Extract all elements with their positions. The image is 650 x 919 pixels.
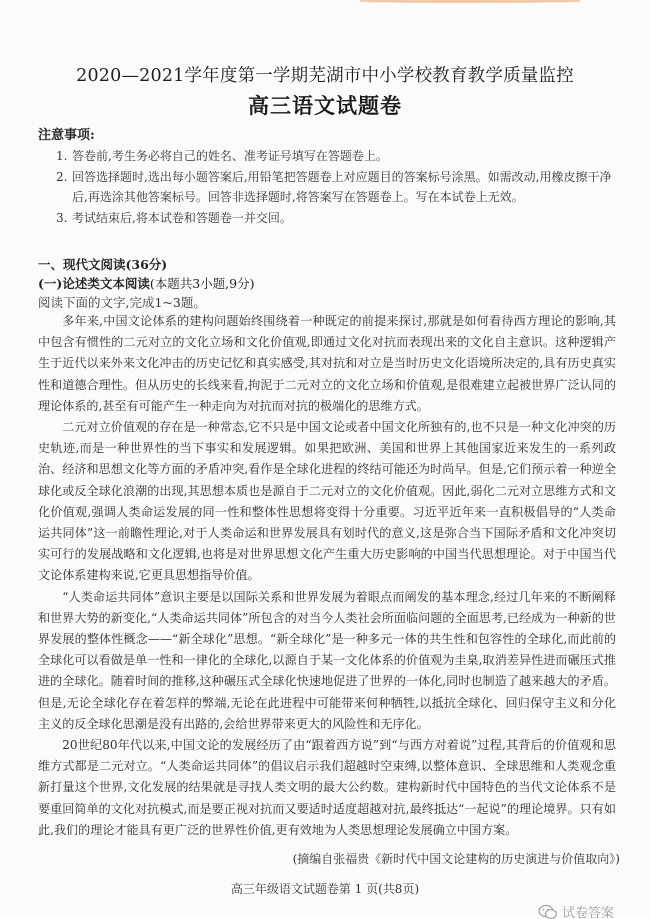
notice-text: 回答选择题时,选出每小题答案后,用铅笔把答题卷上对应题目的答案标号涂黑。如需改动… <box>72 167 616 208</box>
reading-passage: 多年来,中国文论体系的建构问题始终围绕着一种既定的前提来探讨,那就是如何看待西方… <box>38 311 616 841</box>
notice-text: 答卷前,考生务必将自己的姓名、准考证号填写在答题卷上。 <box>72 146 616 167</box>
passage-paragraph: 20世纪80年代以来,中国文论的发展经历了由“跟着西方说”到“与西方对着说”过程… <box>38 735 616 841</box>
notice-text: 考试结束后,将本试卷和答题卷一并交回。 <box>72 208 616 229</box>
notice-list: 1. 答卷前,考生务必将自己的姓名、准考证号填写在答题卷上。 2. 回答选择题时… <box>56 146 616 228</box>
watermark-text: 试卷答案 <box>562 902 614 919</box>
wechat-icon <box>538 904 558 919</box>
subsection-note: (本题共3小题,9分) <box>150 276 255 291</box>
subsection-title: (一)论述类文本阅读 <box>38 276 150 291</box>
notice-item: 2. 回答选择题时,选出每小题答案后,用铅笔把答题卷上对应题目的答案标号涂黑。如… <box>56 167 616 208</box>
paper-title: 高三语文试题卷 <box>0 90 650 120</box>
notice-number: 2. <box>56 167 72 208</box>
passage-source: (摘编自张福贵《新时代中国文论建构的历史演进与价值取向》) <box>293 850 620 867</box>
notice-item: 1. 答卷前,考生务必将自己的姓名、准考证号填写在答题卷上。 <box>56 146 616 167</box>
notice-number: 1. <box>56 146 72 167</box>
watermark: 试卷答案 <box>538 902 614 919</box>
passage-paragraph: 多年来,中国文论体系的建构问题始终围绕着一种既定的前提来探讨,那就是如何看待西方… <box>38 311 616 417</box>
exam-page: 2020—2021学年度第一学期芜湖市中小学校教育教学质量监控 高三语文试题卷 … <box>0 0 650 919</box>
page-footer: 高三年级语文试题卷第 1 页(共8页) <box>0 880 650 897</box>
section-heading: 一、现代文阅读(36分) <box>38 255 167 273</box>
passage-paragraph: “人类命运共同体”意识主要是以国际关系和世界发展为着眼点而阐发的基本理念,经过几… <box>38 587 616 735</box>
subsection-heading: (一)论述类文本阅读(本题共3小题,9分) <box>38 274 254 292</box>
reading-instruction: 阅读下面的文字,完成1~3题。 <box>38 293 206 311</box>
notice-heading: 注意事项: <box>38 124 95 143</box>
notice-number: 3. <box>56 208 72 229</box>
notice-item: 3. 考试结束后,将本试卷和答题卷一并交回。 <box>56 208 616 229</box>
exam-title: 2020—2021学年度第一学期芜湖市中小学校教育教学质量监控 <box>0 62 650 87</box>
passage-paragraph: 二元对立价值观的存在是一种常态,它不只是中国文论或者中国文化所独有的,也不只是一… <box>38 417 616 587</box>
page-edge-shadow <box>360 0 580 3</box>
